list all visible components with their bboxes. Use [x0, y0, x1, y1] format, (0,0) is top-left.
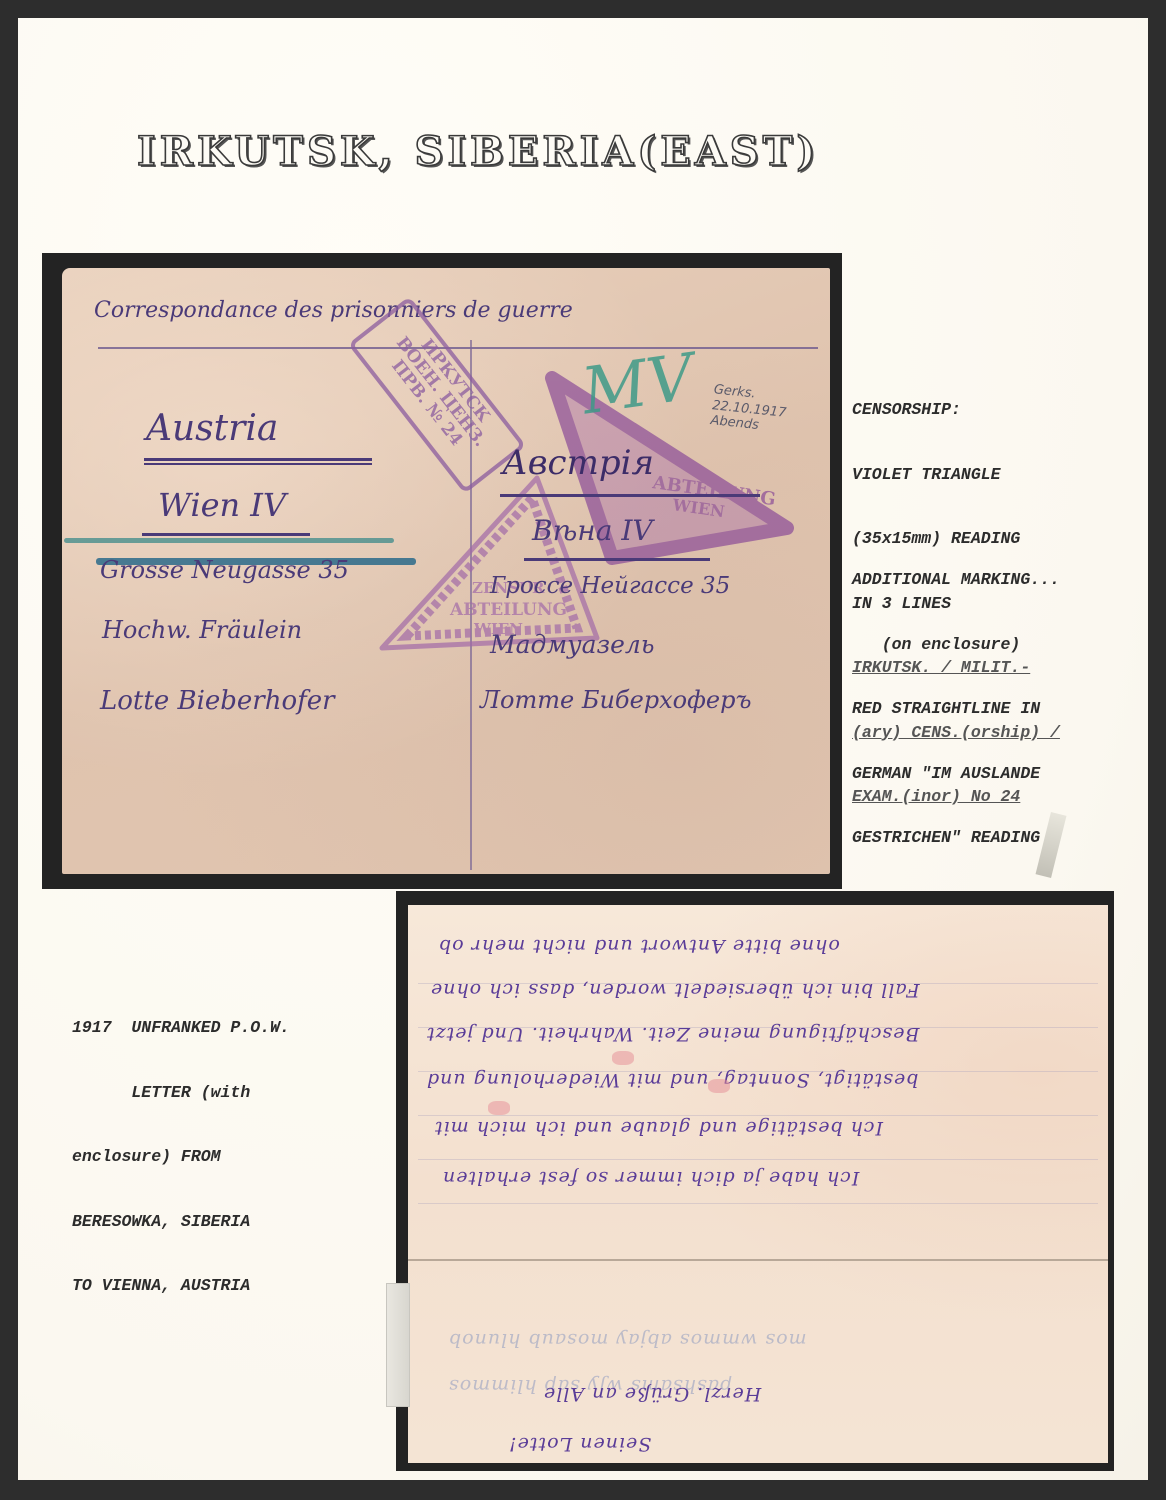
red-censor-mark — [488, 1101, 510, 1115]
address-name: Lotte Bieberhofer — [100, 686, 335, 716]
item-description: 1917 UNFRANKED P.O.W. LETTER (with enclo… — [72, 974, 290, 1318]
censor-rect-stamp: ИРКУТСК ВОЕН. ЦЕНЗ. ПРВ. № 24 — [348, 296, 526, 494]
bleed-through-text: mos wmmos abjay mosaub hlunob — [448, 1329, 807, 1351]
enclosure-fold — [408, 1259, 1108, 1261]
enclosure-letter: ohne bitte Antwort und nicht mehr ob Fal… — [408, 905, 1108, 1463]
ruled-line — [418, 1159, 1098, 1160]
address-salutation: Hochw. Fräulein — [102, 616, 302, 644]
letter-closing: Herzl. Grüße an Alle — [543, 1383, 761, 1405]
green-censor-initials: MV — [577, 341, 698, 430]
ruled-line — [418, 1115, 1098, 1116]
address-country: Austria — [146, 408, 278, 449]
teal-strike-line — [64, 538, 394, 543]
underline — [500, 494, 760, 497]
underline — [142, 533, 310, 536]
letter-line: Beschäftigung meine Zeit. Wahrheit. Und … — [426, 1023, 920, 1045]
red-censor-mark — [612, 1051, 634, 1065]
pencil-receipt-note: Gerks. 22.10.1917 Abends — [710, 382, 789, 436]
address-country-cyrillic: Австрія — [502, 443, 654, 483]
enclosure-hinge-tape — [386, 1283, 410, 1407]
envelope-rule — [98, 347, 818, 349]
pow-inscription: Correspondance des prisonniers de guerre — [94, 298, 573, 323]
envelope: Correspondance des prisonniers de guerre… — [62, 268, 830, 874]
letter-line: Ich habe ja dich immer so fest erhalten — [442, 1167, 859, 1189]
address-city-cyrillic: Вѣна IV — [532, 514, 653, 547]
underline — [144, 463, 372, 465]
address-name-cyrillic: Лотте Биберхоферъ — [480, 686, 751, 714]
address-street-cyrillic: Гроссе Нейгассе 35 — [490, 573, 730, 599]
letter-line: bestätigt, Sonntag, und mit Wiederholung… — [426, 1069, 918, 1091]
underline — [524, 558, 710, 561]
letter-line: Ich bestätige und glaube und ich mich mi… — [434, 1117, 883, 1139]
letter-line: Fall bin ich übersiedelt worden, dass ic… — [430, 979, 920, 1001]
svg-text:ABTEILUNG: ABTEILUNG — [449, 600, 567, 620]
page-title: IRKUTSK, SIBERIA(EAST) — [137, 128, 819, 175]
address-city: Wien IV — [158, 486, 286, 524]
address-salutation-cyrillic: Мадмуазель — [490, 630, 654, 659]
red-censor-mark — [708, 1079, 730, 1093]
address-street: Grosse Neugasse 35 — [100, 556, 349, 584]
letter-signature: Seinen Lotte! — [508, 1433, 651, 1455]
underline — [144, 458, 372, 461]
letter-line: ohne bitte Antwort und nicht mehr ob — [438, 935, 840, 957]
ruled-line — [418, 1203, 1098, 1204]
